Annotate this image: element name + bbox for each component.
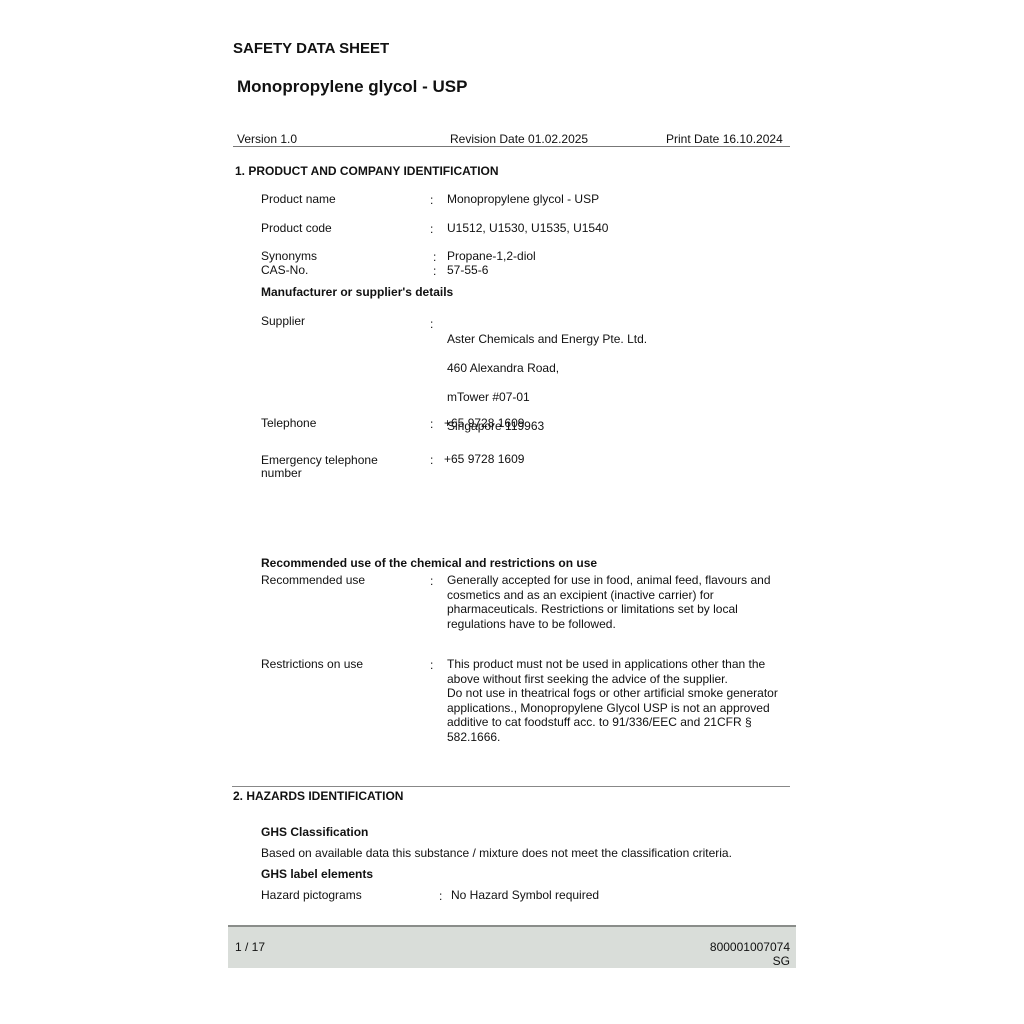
synonyms-value: Propane-1,2-diol xyxy=(447,249,536,264)
product-title: Monopropylene glycol - USP xyxy=(237,77,467,97)
restrictions-value: This product must not be used in applica… xyxy=(447,657,792,744)
supplier-name: Aster Chemicals and Energy Pte. Ltd. xyxy=(447,332,647,347)
restrictions-text-1: This product must not be used in applica… xyxy=(447,657,792,686)
recommended-use-label: Recommended use xyxy=(261,574,365,587)
emergency-telephone-label: Emergency telephone number xyxy=(261,454,378,480)
product-code-value: U1512, U1530, U1535, U1540 xyxy=(447,221,608,236)
telephone-value: +65 9728 1609 xyxy=(444,416,524,431)
separator: : xyxy=(430,193,433,207)
separator: : xyxy=(430,658,433,672)
version-label: Version 1.0 xyxy=(237,132,297,146)
hazard-pictograms-value: No Hazard Symbol required xyxy=(451,888,599,903)
recommended-use-value: Generally accepted for use in food, anim… xyxy=(447,573,787,631)
separator: : xyxy=(433,264,436,278)
country-code: SG xyxy=(710,954,790,968)
ghs-classification-heading: GHS Classification xyxy=(261,825,368,839)
section-2-divider xyxy=(232,786,790,787)
document-number: 800001007074 xyxy=(710,940,790,954)
document-code: 800001007074 SG xyxy=(710,940,790,968)
separator: : xyxy=(430,453,433,467)
emergency-telephone-value: +65 9728 1609 xyxy=(444,452,524,467)
page-footer: 1 / 17 800001007074 SG xyxy=(228,925,796,968)
recommended-use-heading: Recommended use of the chemical and rest… xyxy=(261,556,597,570)
separator: : xyxy=(433,250,436,264)
cas-value: 57-55-6 xyxy=(447,263,488,278)
separator: : xyxy=(430,317,433,331)
print-date: Print Date 16.10.2024 xyxy=(666,132,783,146)
separator: : xyxy=(430,574,433,588)
supplier-label: Supplier xyxy=(261,315,305,328)
restrictions-label: Restrictions on use xyxy=(261,658,363,671)
emergency-label-line2: number xyxy=(261,467,378,480)
hazard-pictograms-label: Hazard pictograms xyxy=(261,889,362,902)
product-name-label: Product name xyxy=(261,193,336,206)
manufacturer-heading: Manufacturer or supplier's details xyxy=(261,285,453,299)
separator: : xyxy=(439,889,442,903)
page-number: 1 / 17 xyxy=(235,940,265,954)
product-code-label: Product code xyxy=(261,222,332,235)
section-2-title: 2. HAZARDS IDENTIFICATION xyxy=(233,789,403,803)
telephone-label: Telephone xyxy=(261,417,316,430)
supplier-unit: mTower #07-01 xyxy=(447,390,647,405)
restrictions-text-2: Do not use in theatrical fogs or other a… xyxy=(447,686,792,744)
separator: : xyxy=(430,417,433,431)
section-1-title: 1. PRODUCT AND COMPANY IDENTIFICATION xyxy=(235,164,499,178)
ghs-label-heading: GHS label elements xyxy=(261,867,373,881)
product-name-value: Monopropylene glycol - USP xyxy=(447,192,599,207)
supplier-street: 460 Alexandra Road, xyxy=(447,361,647,376)
synonyms-label: Synonyms xyxy=(261,250,317,263)
cas-label: CAS-No. xyxy=(261,264,308,277)
header-divider xyxy=(233,146,790,147)
revision-date: Revision Date 01.02.2025 xyxy=(450,132,588,146)
document-type: SAFETY DATA SHEET xyxy=(233,40,389,57)
ghs-classification-text: Based on available data this substance /… xyxy=(261,847,732,860)
separator: : xyxy=(430,222,433,236)
